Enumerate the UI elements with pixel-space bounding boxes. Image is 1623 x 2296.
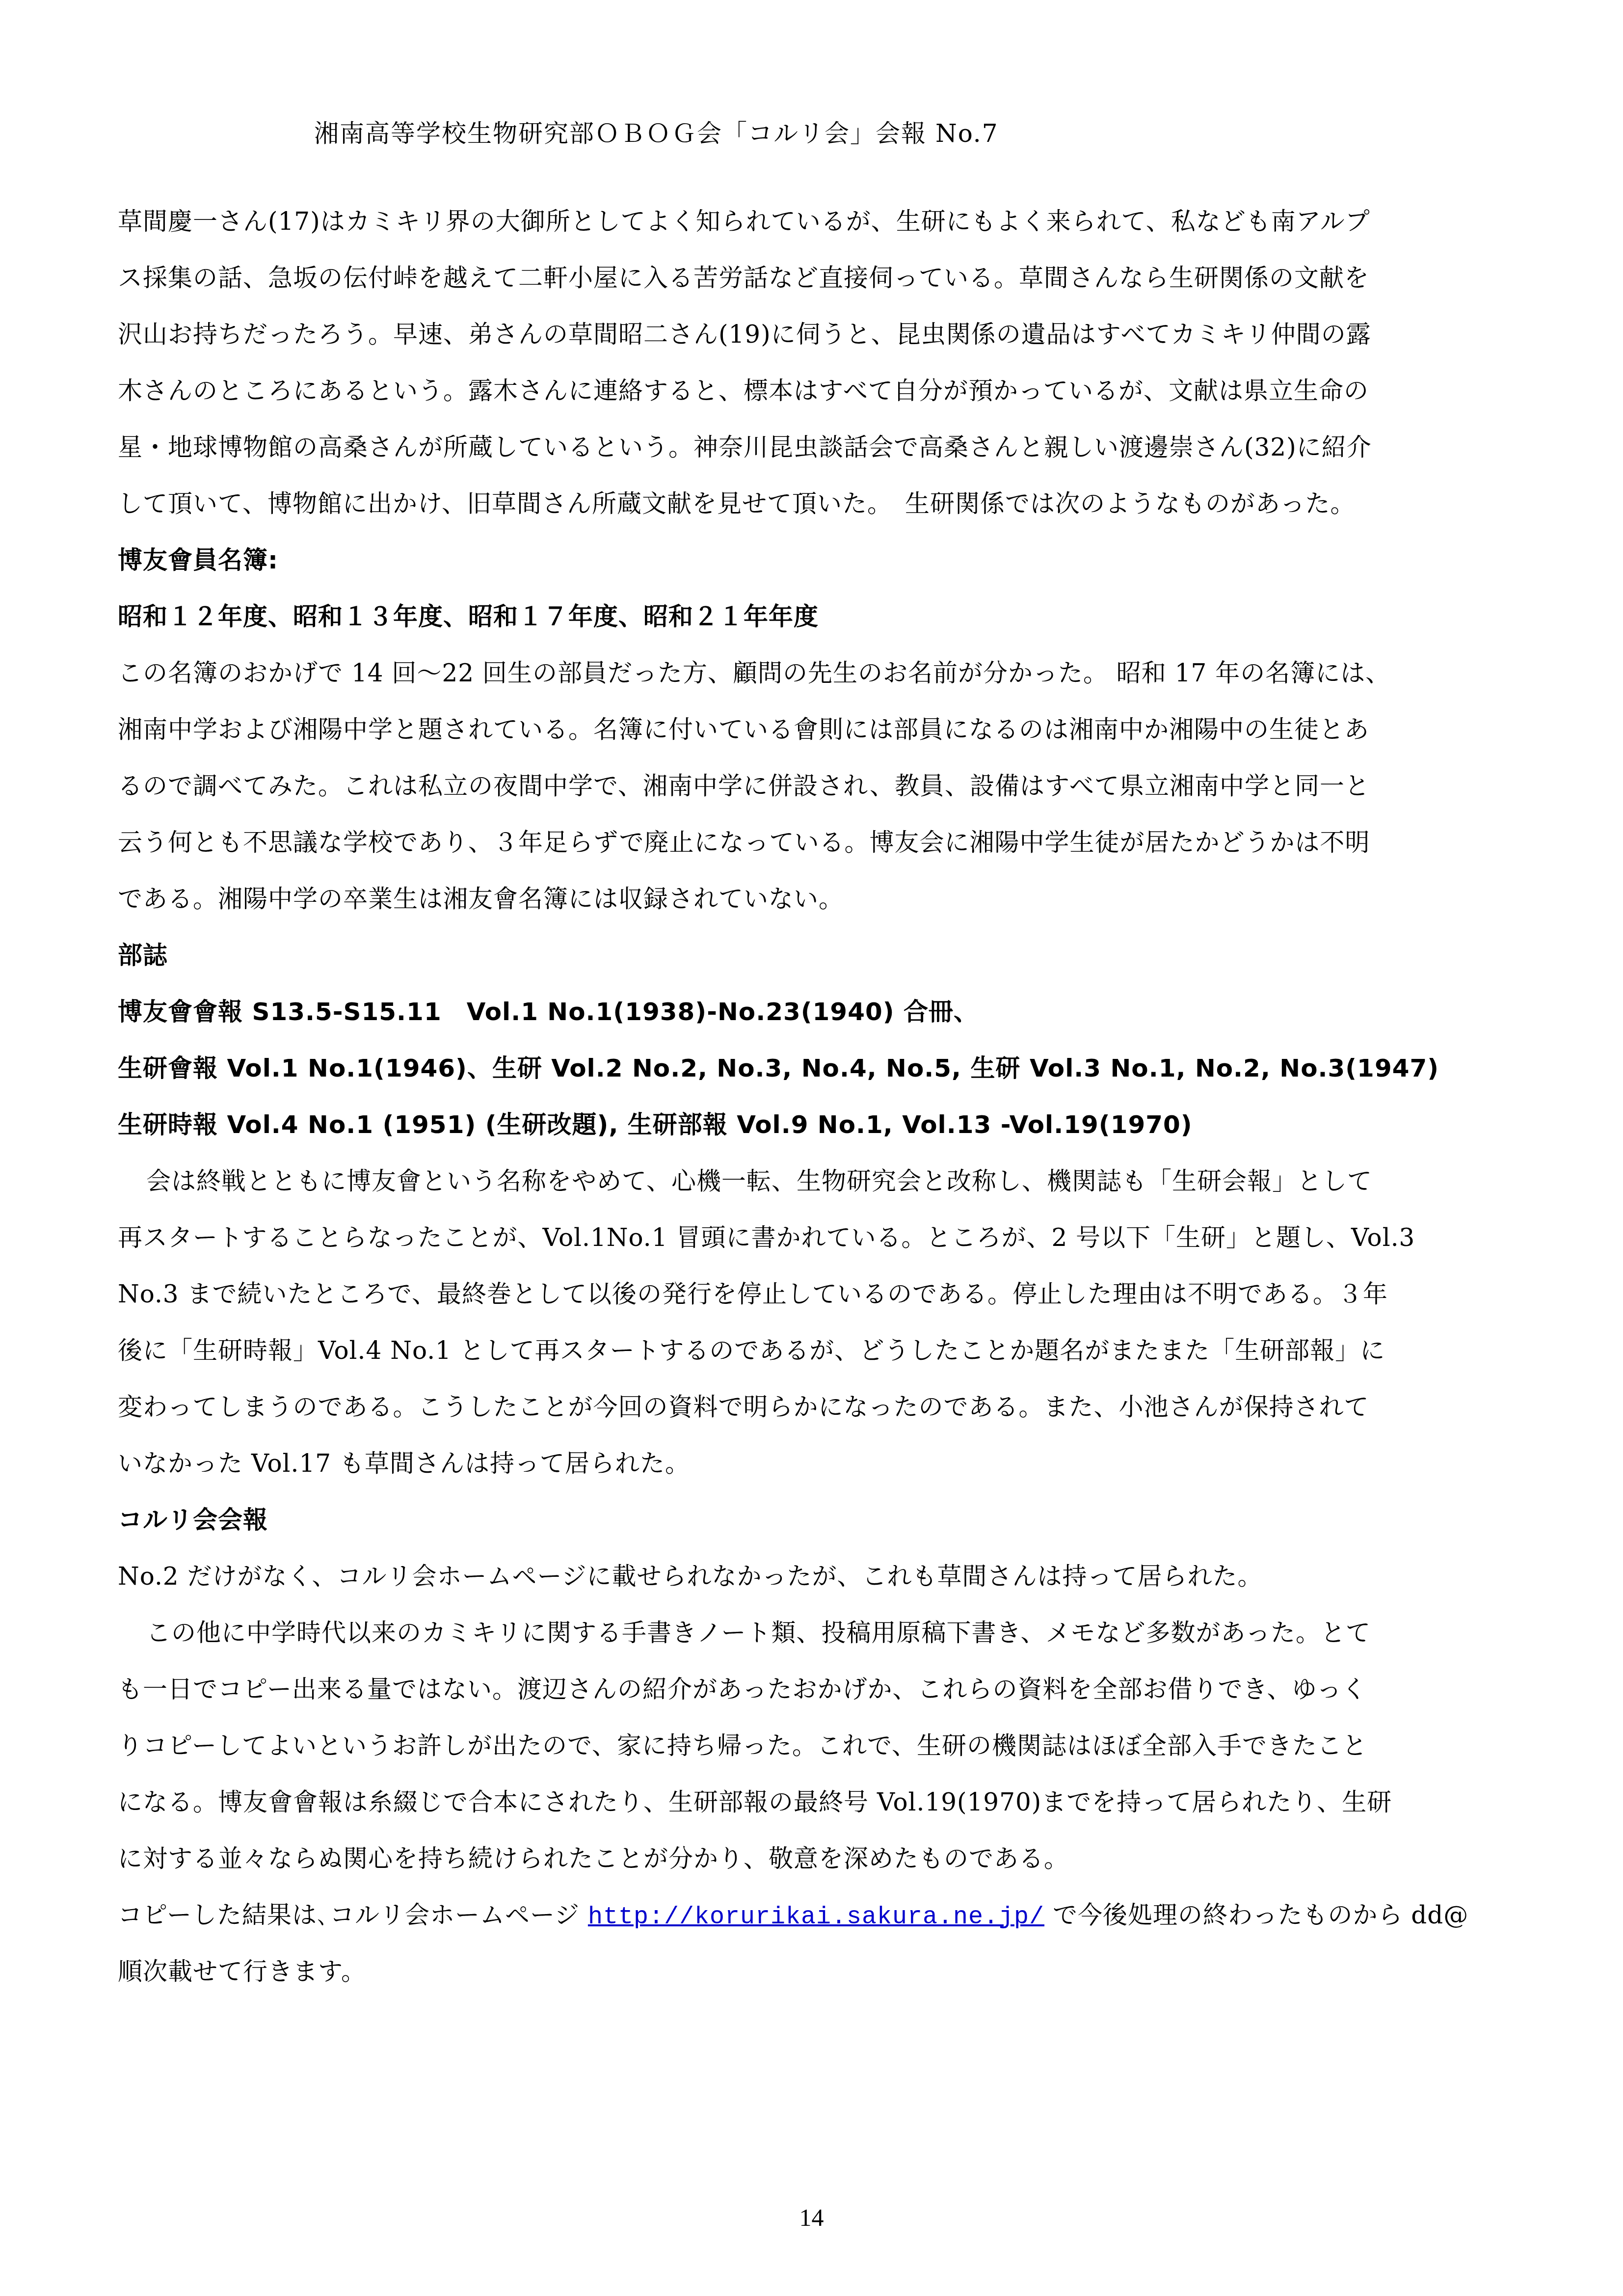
bushi-line-6: いなかった Vol.17 も草間さんは持って居られた。 [118, 1448, 1531, 1479]
intro-line-4: 木さんのところにあるという。露木さんに連絡すると、標本はすべて自分が預かっている… [118, 376, 1531, 406]
bushi-entry-1: 博友會會報 S13.5-S15.11 Vol.1 No.1(1938)-No.2… [118, 997, 1531, 1027]
bushi-line-4: 後に「生研時報」Vol.4 No.1 として再スタートするのであるが、どうしたこ… [118, 1335, 1531, 1366]
kaiho-first-line: No.2 だけがなく、コルリ会ホームページに載せられなかったが、これも草間さんは… [118, 1561, 1531, 1592]
intro-line-3: 沢山お持ちだったろう。早速、弟さんの草間昭二さん(19)に伺うと、昆虫関係の遺品… [118, 319, 1531, 350]
kaiho-line-1: この他に中学時代以来のカミキリに関する手書きノート類、投稿用原稿下書き、メモなど… [118, 1618, 1531, 1648]
bushi-entry-2: 生研會報 Vol.1 No.1(1946)、生研 Vol.2 No.2, No.… [118, 1053, 1531, 1083]
intro-line-6: して頂いて、博物館に出かけ、旧草間さん所蔵文献を見せて頂いた。 生研関係では次の… [118, 488, 1531, 519]
kaiho-line-4: になる。博友會會報は糸綴じで合本にされたり、生研部報の最終号 Vol.19(19… [118, 1787, 1531, 1817]
meibo-years: 昭和１２年度、昭和１３年度、昭和１７年度、昭和２１年年度 [118, 601, 1531, 632]
section-heading-meibo: 博友會員名簿: [118, 545, 1531, 575]
meibo-line-5: である。湘陽中学の卒業生は湘友會名簿には収録されていない。 [118, 884, 1531, 914]
meibo-line-1: この名簿のおかげで 14 回～22 回生の部員だった方、顧問の先生のお名前が分か… [118, 658, 1531, 688]
kaiho-line-5: に対する並々ならぬ関心を持ち続けられたことが分かり、敬意を深めたものである。 [118, 1843, 1531, 1874]
intro-line-5: 星・地球博物館の高桑さんが所蔵しているという。神奈川昆虫談話会で高桑さんと親しい… [118, 432, 1531, 462]
kaiho-line-2: も一日でコピー出来る量ではない。渡辺さんの紹介があったおかげか、これらの資料を全… [118, 1674, 1531, 1704]
section-heading-kaiho: コルリ会会報 [118, 1505, 1531, 1535]
kaiho-line-3: りコピーしてよいというお許しが出たので、家に持ち帰った。これで、生研の機関誌はほ… [118, 1730, 1531, 1761]
bushi-entry-3: 生研時報 Vol.4 No.1 (1951) (生研改題), 生研部報 Vol.… [118, 1109, 1531, 1140]
page-number: 14 [0, 2203, 1623, 2232]
closing-suffix: で今後処理の終わったものから dd@ [1044, 1901, 1468, 1929]
intro-line-1: 草間慶一さん(17)はカミキリ界の大御所としてよく知られているが、生研にもよく来… [118, 206, 1531, 237]
meibo-line-3: るので調べてみた。これは私立の夜間中学で、湘南中学に併設され、教員、設備はすべて… [118, 771, 1531, 801]
homepage-link[interactable]: http://korurikai.sakura.ne.jp/ [588, 1903, 1044, 1931]
meibo-line-4: 云う何とも不思議な学校であり、３年足らずで廃止になっている。博友会に湘陽中学生徒… [118, 827, 1531, 858]
bushi-line-5: 変わってしまうのである。こうしたことが今回の資料で明らかになったのである。また、… [118, 1392, 1531, 1422]
closing-prefix: コピーした結果は､コルリ会ホームページ [118, 1901, 588, 1929]
kaiho-closing-last: 順次載せて行きます。 [118, 1956, 1531, 1987]
section-heading-bushi: 部誌 [118, 940, 1531, 971]
intro-line-2: ス採集の話、急坂の伝付峠を越えて二軒小屋に入る苦労話など直接伺っている。草間さん… [118, 263, 1531, 293]
bushi-line-2: 再スタートすることらなったことが、Vol.1No.1 冒頭に書かれている。ところ… [118, 1222, 1531, 1253]
page-header: 湘南高等学校生物研究部ＯＢＯＧ会「コルリ会」会報 No.7 [314, 114, 999, 149]
document-body: 草間慶一さん(17)はカミキリ界の大御所としてよく知られているが、生研にもよく来… [118, 206, 1531, 2013]
bushi-line-3: No.3 まで続いたところで、最終巻として以後の発行を停止しているのである。停止… [118, 1279, 1531, 1309]
bushi-line-1: 会は終戦とともに博友會という名称をやめて、心機一転、生物研究会と改称し、機関誌も… [118, 1166, 1531, 1196]
meibo-line-2: 湘南中学および湘陽中学と題されている。名簿に付いている會則には部員になるのは湘南… [118, 714, 1531, 745]
kaiho-closing-line: コピーした結果は､コルリ会ホームページ http://korurikai.sak… [118, 1900, 1531, 1930]
